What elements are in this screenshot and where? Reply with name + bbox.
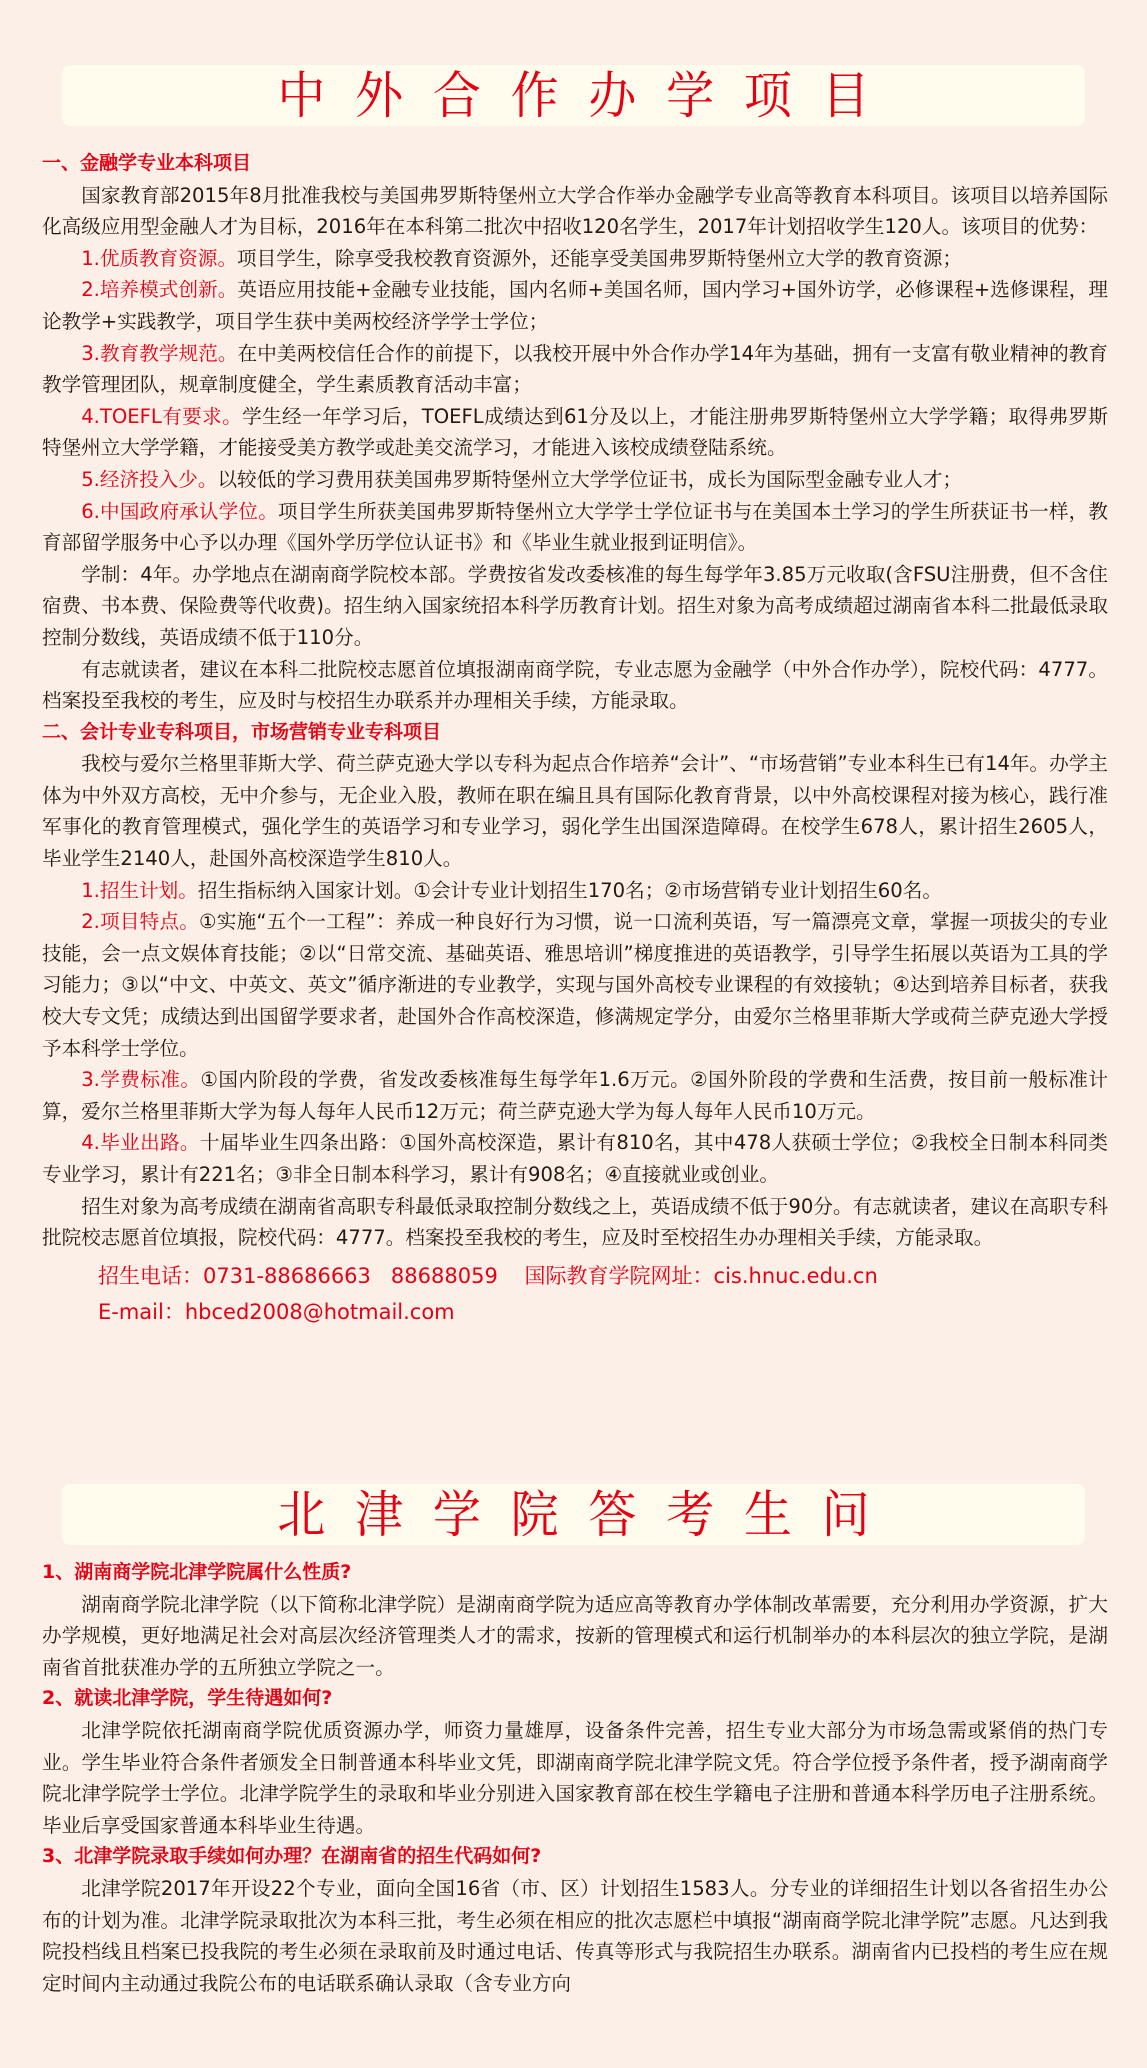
paragraph-finance-intro: 国家教育部2015年8月批准我校与美国弗罗斯特堡州立大学合作举办金融学专业高等教… bbox=[42, 180, 1108, 243]
qa-question: 3、北津学院录取手续如何办理？在湖南省的招生代码如何? bbox=[42, 1841, 1108, 1873]
phone-numbers[interactable]: 0731-88686663 88688059 bbox=[203, 1264, 498, 1288]
email-link[interactable]: hbced2008@hotmail.com bbox=[185, 1300, 455, 1324]
paragraph-schooling: 学制：4年。办学地点在湖南商学院校本部。学费按省发改委核准的每生每学年3.85万… bbox=[42, 559, 1108, 654]
program-item-label: 2.项目特点。 bbox=[81, 910, 199, 933]
advantage-item: 1.优质教育资源。项目学生，除享受我校教育资源外，还能享受美国弗罗斯特堡州立大学… bbox=[42, 243, 1108, 275]
advantage-item: 5.经济投入少。以较低的学习费用获美国弗罗斯特堡州立大学学位证书，成长为国际型金… bbox=[42, 464, 1108, 496]
heading-finance-program: 一、金融学专业本科项目 bbox=[42, 148, 1108, 180]
advantage-label: 3.教育教学规范。 bbox=[81, 342, 237, 365]
section-sino-foreign-program: 一、金融学专业本科项目 国家教育部2015年8月批准我校与美国弗罗斯特堡州立大学… bbox=[42, 148, 1108, 1330]
advantage-item: 6.中国政府承认学位。项目学生所获美国弗罗斯特堡州立大学学士学位证书与在美国本土… bbox=[42, 496, 1108, 559]
advantage-item: 3.教育教学规范。在中美两校信任合作的前提下，以我校开展中外合作办学14年为基础… bbox=[42, 338, 1108, 401]
qa-question: 1、湖南商学院北津学院属什么性质? bbox=[42, 1557, 1108, 1589]
program-item-text: ①实施“五个一工程”：养成一种良好行为习惯，说一口流利英语，写一篇漂亮文章，掌握… bbox=[42, 910, 1108, 1059]
paragraph-apply: 有志就读者，建议在本科二批院校志愿首位填报湖南商学院，专业志愿为金融学（中外合作… bbox=[42, 654, 1108, 717]
advantage-label: 1.优质教育资源。 bbox=[81, 247, 237, 270]
advantage-label: 5.经济投入少。 bbox=[81, 468, 217, 491]
program-item-label: 3.学费标准。 bbox=[81, 1068, 200, 1091]
program-item: 4.毕业出路。十届毕业生四条出路：①国外高校深造，累计有810名，其中478人获… bbox=[42, 1127, 1108, 1190]
advantage-item: 2.培养模式创新。英语应用技能+金融专业技能，国内名师+美国名师，国内学习+国外… bbox=[42, 274, 1108, 337]
qa-question: 2、就读北津学院，学生待遇如何? bbox=[42, 1683, 1108, 1715]
contact-email-line: E-mail：hbced2008@hotmail.com bbox=[42, 1294, 1108, 1330]
email-label: E-mail： bbox=[98, 1300, 185, 1324]
program-item: 3.学费标准。①国内阶段的学费，省发改委核准每生每学年1.6万元。②国外阶段的学… bbox=[42, 1064, 1108, 1127]
heading-diploma-program: 二、会计专业专科项目，市场营销专业专科项目 bbox=[42, 717, 1108, 749]
section-title: 北津学院答考生问 bbox=[277, 1489, 899, 1539]
contact-phone-line: 招生电话：0731-88686663 88688059 国际教育学院网址：cis… bbox=[42, 1258, 1108, 1294]
section-beijin-qa: 1、湖南商学院北津学院属什么性质? 湖南商学院北津学院（以下简称北津学院）是湖南… bbox=[42, 1557, 1108, 1999]
qa-answer: 北津学院依托湖南商学院优质资源办学，师资力量雄厚，设备条件完善，招生专业大部分为… bbox=[42, 1715, 1108, 1841]
section-title: 中外合作办学项目 bbox=[277, 70, 899, 120]
website-link[interactable]: cis.hnuc.edu.cn bbox=[714, 1264, 878, 1288]
advantage-label: 6.中国政府承认学位。 bbox=[81, 500, 278, 523]
advantage-label: 2.培养模式创新。 bbox=[81, 278, 237, 301]
qa-answer: 北津学院2017年开设22个专业，面向全国16省（市、区）计划招生1583人。分… bbox=[42, 1873, 1108, 1999]
advantage-text: 项目学生，除享受我校教育资源外，还能享受美国弗罗斯特堡州立大学的教育资源； bbox=[237, 247, 962, 270]
paragraph-diploma-intro: 我校与爱尔兰格里菲斯大学、荷兰萨克逊大学以专科为起点合作培养“会计”、“市场营销… bbox=[42, 748, 1108, 874]
program-item-label: 4.毕业出路。 bbox=[81, 1131, 200, 1154]
program-item-text: ①国内阶段的学费，省发改委核准每生每学年1.6万元。②国外阶段的学费和生活费，按… bbox=[42, 1068, 1108, 1123]
advantage-label: 4.TOEFL有要求。 bbox=[81, 405, 242, 428]
phone-label: 招生电话： bbox=[98, 1264, 203, 1288]
qa-answer: 湖南商学院北津学院（以下简称北津学院）是湖南商学院为适应高等教育办学体制改革需要… bbox=[42, 1589, 1108, 1684]
advantage-text: 以较低的学习费用获美国弗罗斯特堡州立大学学位证书，成长为国际型金融专业人才； bbox=[217, 468, 962, 491]
section-title-banner: 中外合作办学项目 bbox=[62, 65, 1085, 126]
paragraph-diploma-apply: 招生对象为高考成绩在湖南省高职专科最低录取控制分数线之上，英语成绩不低于90分。… bbox=[42, 1191, 1108, 1254]
program-item-text: 招生指标纳入国家计划。①会计专业计划招生170名；②市场营销专业计划招生60名。 bbox=[198, 879, 942, 902]
website-label: 国际教育学院网址： bbox=[525, 1264, 714, 1288]
program-item-label: 1.招生计划。 bbox=[81, 879, 198, 902]
advantage-item: 4.TOEFL有要求。学生经一年学习后，TOEFL成绩达到61分及以上，才能注册… bbox=[42, 401, 1108, 464]
program-item-text: 十届毕业生四条出路：①国外高校深造，累计有810名，其中478人获硕士学位；②我… bbox=[42, 1131, 1108, 1186]
program-item: 1.招生计划。招生指标纳入国家计划。①会计专业计划招生170名；②市场营销专业计… bbox=[42, 875, 1108, 907]
section-title-banner: 北津学院答考生问 bbox=[62, 1484, 1085, 1545]
program-item: 2.项目特点。①实施“五个一工程”：养成一种良好行为习惯，说一口流利英语，写一篇… bbox=[42, 906, 1108, 1064]
